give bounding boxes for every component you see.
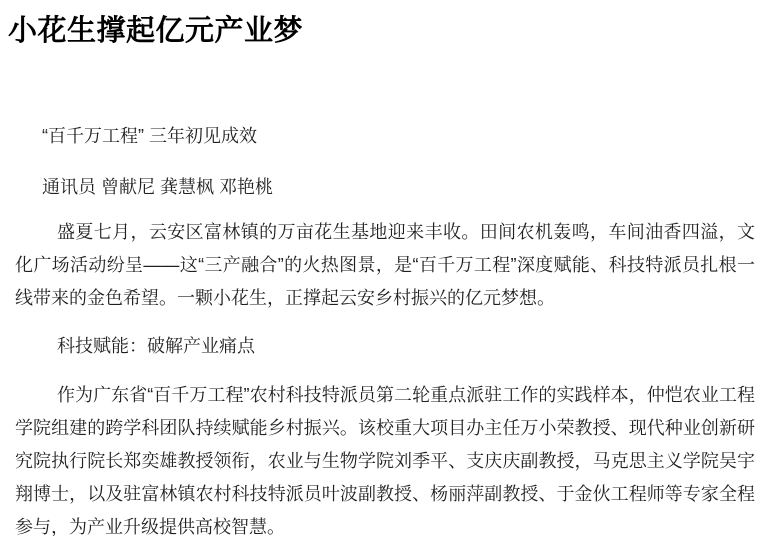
intro-paragraph: 盛夏七月，云安区富林镇的万亩花生基地迎来丰收。田间农机轰鸣，车间油香四溢，文化广… [15, 216, 755, 315]
section-body-paragraph: 作为广东省“百千万工程”农村科技特派员第二轮重点派驻工作的实践样本，仲恺农业工程… [15, 379, 755, 536]
section-heading: 科技赋能：破解产业痛点 [15, 330, 755, 363]
article-subtitle: “百千万工程” 三年初见成效 [15, 120, 755, 153]
article-title: 小花生撑起亿元产业梦 [8, 14, 755, 49]
article-page: 小花生撑起亿元产业梦 “百千万工程” 三年初见成效 通讯员 曾献尼 龚慧枫 邓艳… [0, 0, 762, 536]
article-byline: 通讯员 曾献尼 龚慧枫 邓艳桃 [15, 171, 755, 204]
